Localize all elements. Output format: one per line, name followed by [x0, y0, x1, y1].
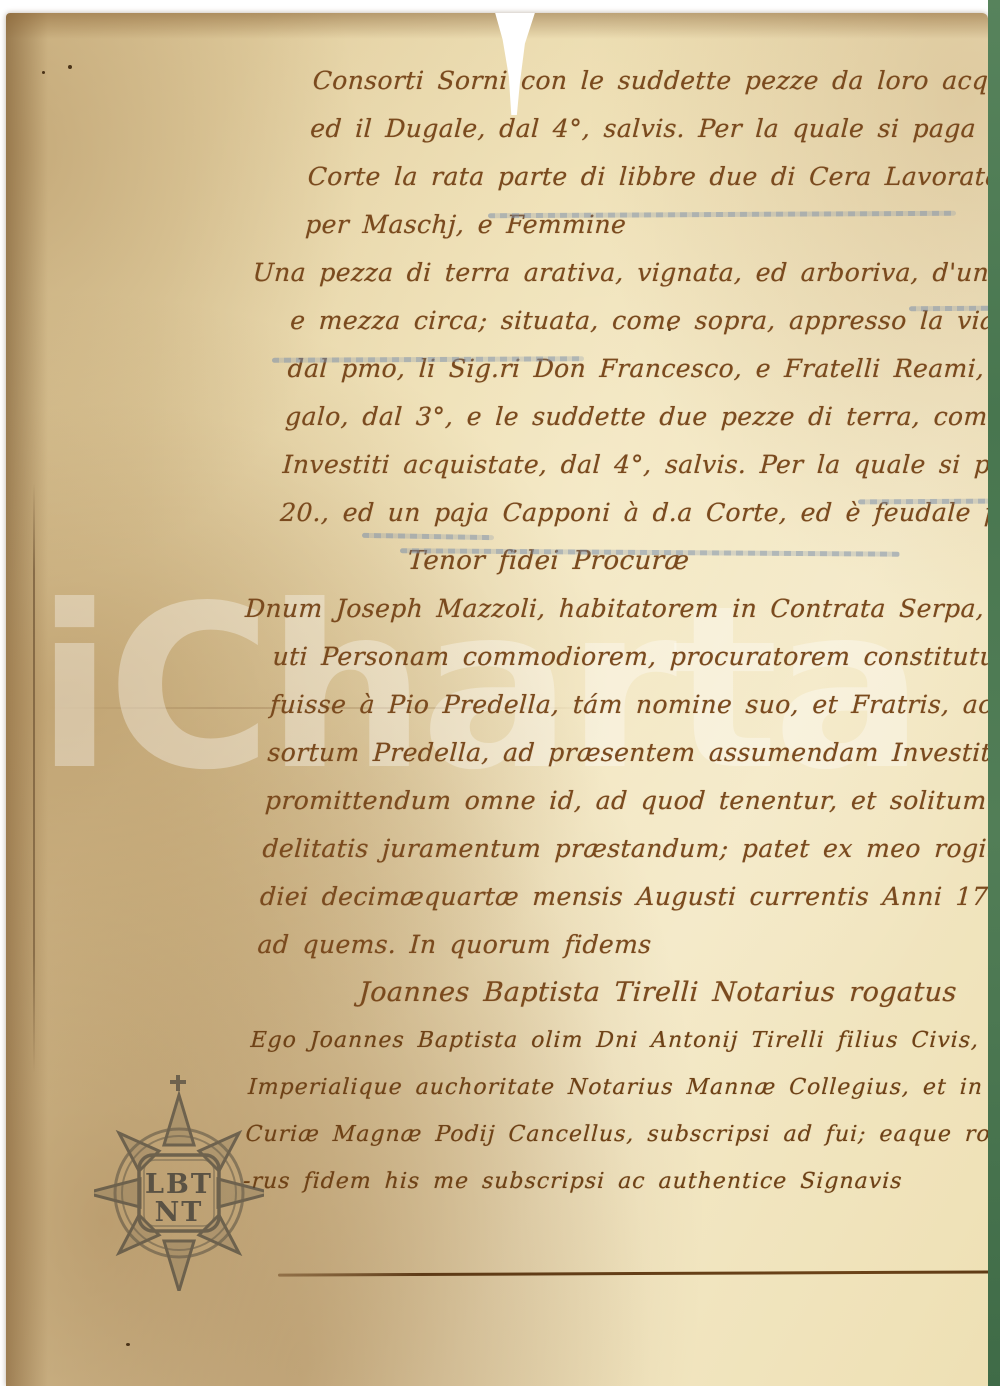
manuscript-line: dal pmo, li Sig.ri Don Francesco, e Frat… — [286, 345, 988, 393]
manuscript-line: Curiæ Magnæ Podij Cancellus, subscripsi … — [244, 1111, 988, 1158]
section-heading: Tenor fidei Procuræ — [406, 537, 988, 585]
manuscript-line: Consorti Sorni con le suddette pezze da … — [312, 57, 988, 105]
closing-ink-rule — [278, 1270, 988, 1276]
manuscript-line: diei decimæquartæ mensis Augusti current… — [259, 873, 988, 921]
seal-letters-bottom: NT — [155, 1197, 204, 1228]
manuscript-line: Una pezza di terra arativa, vignata, ed … — [252, 249, 988, 297]
manuscript-line: fuisse à Pio Predella, tám nomine suo, e… — [269, 681, 988, 729]
pencil-underline — [858, 499, 988, 505]
manuscript-line: delitatis juramentum præstandum; patet e… — [261, 825, 988, 873]
manuscript-line: Imperialique auchoritate Notarius Mannæ … — [247, 1064, 988, 1111]
manuscript-line: uti Personam commodiorem, procuratorem c… — [271, 633, 988, 681]
manuscript-line: -rus fidem his me subscripsi ac authenti… — [242, 1158, 988, 1205]
scanner-backdrop-strip — [988, 0, 1000, 1386]
notary-signature-line: Joannes Baptista Tirelli Notarius rogatu… — [358, 969, 988, 1017]
manuscript-line: Corte la rata parte di libbre due di Cer… — [307, 153, 988, 201]
manuscript-line: sortum Predella, ad præsentem assumendam… — [266, 729, 988, 777]
handwritten-text: Consorti Sorni con le suddette pezze da … — [6, 57, 988, 1205]
manuscript-page: iCharta Consorti Sorni con le suddette p… — [6, 13, 988, 1386]
manuscript-line: ed il Dugale, dal 4°, salvis. Per la qua… — [309, 105, 988, 153]
manuscript-line: 20., ed un paja Capponi à d.a Corte, ed … — [279, 489, 988, 537]
pencil-underline — [909, 306, 988, 311]
manuscript-line: Dnum Joseph Mazzoli, habitatorem in Cont… — [244, 585, 988, 633]
notary-star-seal: LBT NT — [94, 1071, 264, 1291]
manuscript-line: Investiti acquistate, dal 4°, salvis. Pe… — [281, 441, 988, 489]
manuscript-line: per Maschj, e Femmine — [304, 201, 988, 249]
seal-letters-top: LBT — [145, 1169, 213, 1200]
manuscript-line: ad quems. In quorum fidems — [256, 921, 988, 969]
manuscript-line: galo, dal 3°, e le suddette due pezze di… — [284, 393, 988, 441]
ink-speck — [126, 1343, 130, 1346]
seal-cross-icon — [170, 1075, 186, 1091]
manuscript-line: promittendum omne id, ad quod tenentur, … — [264, 777, 988, 825]
manuscript-line: Ego Joannes Baptista olim Dni Antonij Ti… — [249, 1017, 988, 1064]
manuscript-line: e mezza circa; situata, come sopra, appr… — [289, 297, 988, 345]
